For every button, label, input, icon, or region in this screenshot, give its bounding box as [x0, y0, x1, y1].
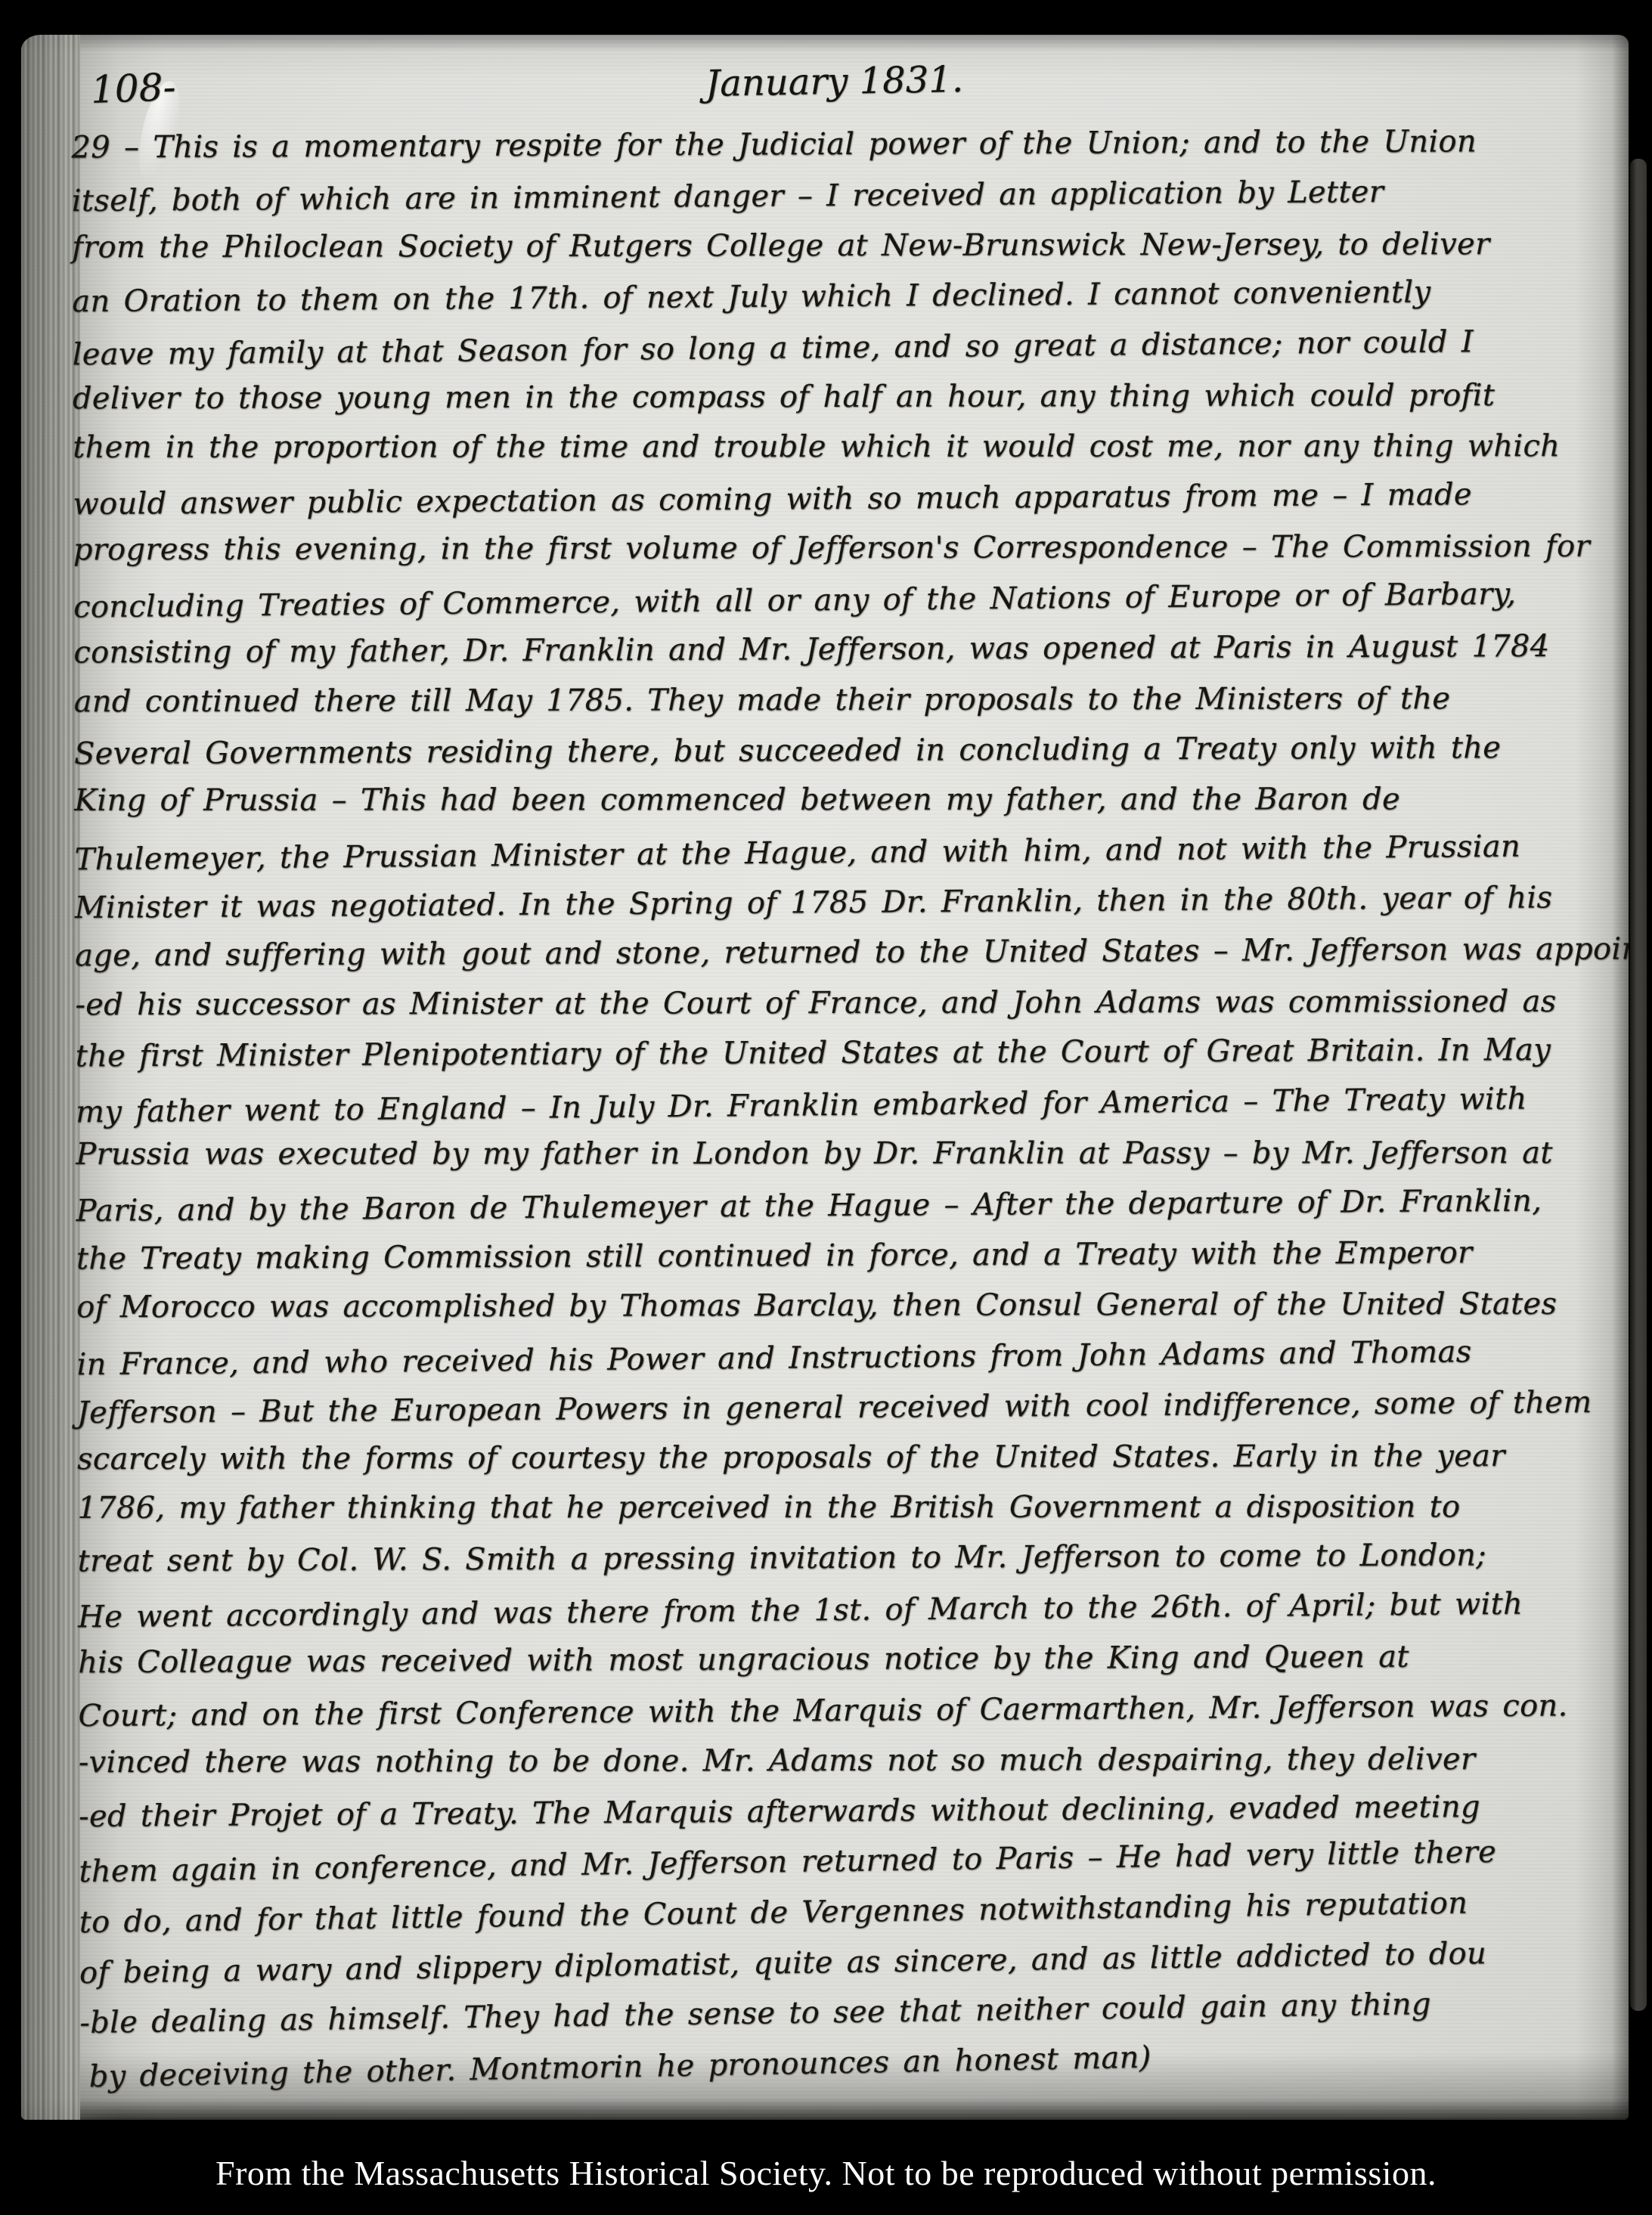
- manuscript-line: the first Minister Plenipotentiary of th…: [76, 1025, 1603, 1083]
- manuscript-scan: 108- January 1831. 29 – This is a moment…: [0, 0, 1652, 2215]
- manuscript-line: itself, both of which are in imminent da…: [72, 166, 1599, 227]
- book-binding-edge: [21, 35, 80, 2120]
- manuscript-line: the Treaty making Commission still conti…: [76, 1227, 1604, 1284]
- manuscript-line: King of Prussia – This had been commence…: [74, 774, 1601, 826]
- manuscript-line: Jefferson – But the European Powers in g…: [77, 1377, 1604, 1439]
- manuscript-line: and continued there till May 1785. They …: [74, 673, 1601, 726]
- manuscript-line: Prussia was executed by my father in Lon…: [76, 1128, 1603, 1180]
- manuscript-line: 1786, my father thinking that he perceiv…: [77, 1482, 1604, 1534]
- manuscript-line: Court; and on the first Conference with …: [78, 1681, 1605, 1742]
- footer-attribution: From the Massachusetts Historical Societ…: [0, 2153, 1652, 2193]
- manuscript-line: 29 – This is a momentary respite for the…: [71, 116, 1598, 174]
- manuscript-line: -ed his successor as Minister at the Cou…: [75, 976, 1602, 1030]
- manuscript-line: from the Philoclean Society of Rutgers C…: [72, 218, 1599, 272]
- manuscript-line: deliver to those young men in the compas…: [73, 370, 1600, 424]
- manuscript-text: 29 – This is a momentary respite for the…: [71, 116, 1607, 2093]
- diary-page: 108- January 1831. 29 – This is a moment…: [21, 35, 1629, 2120]
- manuscript-line: -vinced there was nothing to be done. Mr…: [79, 1733, 1606, 1787]
- manuscript-line: them in the proportion of the time and t…: [73, 421, 1600, 473]
- manuscript-line: of Morocco was accomplished by Thomas Ba…: [76, 1279, 1604, 1333]
- manuscript-line: would answer public expectation as comin…: [73, 469, 1600, 530]
- manuscript-line: Several Governments residing there, but …: [74, 722, 1601, 779]
- manuscript-line: age, and suffering with gout and stone, …: [75, 924, 1602, 981]
- manuscript-line: treat sent by Col. W. S. Smith a pressin…: [77, 1530, 1604, 1588]
- header-date: January 1831.: [705, 58, 964, 105]
- manuscript-line: Minister it was negotiated. In the Sprin…: [75, 872, 1602, 934]
- manuscript-line: progress this evening, in the first volu…: [73, 522, 1601, 575]
- manuscript-line: Paris, and by the Baron de Thulemeyer at…: [76, 1176, 1603, 1237]
- page-number: 108-: [90, 65, 176, 112]
- manuscript-line: scarcely with the forms of courtesy the …: [77, 1430, 1604, 1484]
- adjacent-page-edge: [1630, 159, 1647, 2011]
